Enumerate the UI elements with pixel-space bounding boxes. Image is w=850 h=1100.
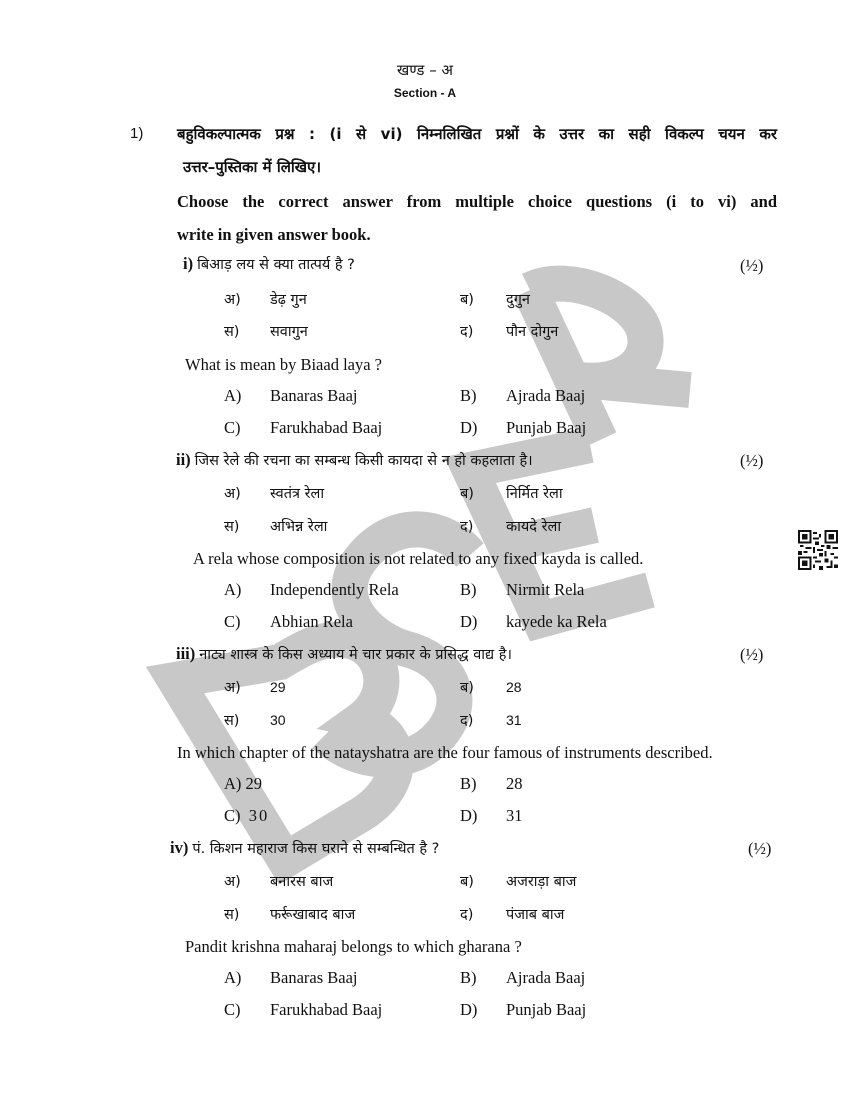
option-text: डेढ़ गुन	[270, 289, 307, 309]
option-text: पंजाब बाज	[506, 904, 564, 924]
option-key: C)	[224, 418, 241, 438]
exam-content: खण्ड – अ Section - A 1) बहुविकल्पात्मक प…	[0, 0, 850, 1100]
option-key: C)	[224, 806, 241, 825]
option-key: C)	[224, 1000, 241, 1020]
instruction-english-line2: write in given answer book.	[177, 225, 371, 245]
option-key: ब)	[460, 289, 474, 309]
option-text: Abhian Rela	[270, 612, 353, 632]
question-text-english: What is mean by Biaad laya ?	[185, 355, 382, 375]
option-key: अ)	[224, 677, 241, 697]
question-label: iv)	[170, 838, 188, 857]
option-text: Banaras Baaj	[270, 386, 358, 406]
question-ii: ii) जिस रेले की रचना का सम्बन्ध किसी काय…	[176, 450, 533, 470]
question-iv: iv) पं. किशन महाराज किस घराने से सम्बन्ध…	[170, 838, 439, 858]
option-key: C)	[224, 612, 241, 632]
option-text: Independently Rela	[270, 580, 399, 600]
option-text: फर्रूखाबाद बाज	[270, 904, 355, 924]
marks: (½)	[740, 451, 763, 471]
option-text: निर्मित रेला	[506, 483, 563, 503]
option-key: B)	[460, 580, 477, 600]
option-text: Banaras Baaj	[270, 968, 358, 988]
option-text: सवागुन	[270, 321, 308, 341]
option-key: B)	[460, 386, 477, 406]
question-text-hindi: पं. किशन महाराज किस घराने से सम्बन्धित ह…	[192, 841, 439, 857]
option-text: Punjab Baaj	[506, 418, 586, 438]
option-key: द)	[460, 710, 473, 730]
qr-code-icon	[798, 530, 838, 570]
marks: (½)	[740, 645, 763, 665]
option-key: स)	[224, 516, 239, 536]
option-text: पौन दोगुन	[506, 321, 558, 341]
question-text-english: A rela whose composition is not related …	[193, 549, 643, 569]
option-key: D)	[460, 1000, 477, 1020]
instruction-hindi-line2: उत्तर–पुस्तिका में लिखिए।	[183, 157, 321, 177]
option-key: स)	[224, 710, 239, 730]
option-text: 28	[506, 774, 523, 794]
question-text-hindi: नाट्य शास्त्र के किस अध्याय मे चार प्रका…	[199, 647, 512, 663]
question-label: iii)	[176, 644, 195, 663]
section-heading-english: Section - A	[0, 86, 850, 100]
option-text: 29	[246, 774, 263, 793]
section-heading-hindi: खण्ड – अ	[0, 60, 850, 80]
option-key: अ)	[224, 289, 241, 309]
option-key: D)	[460, 806, 477, 826]
question-i: i) बिआड़ लय से क्या तात्पर्य है ?	[183, 254, 355, 274]
option-key: A)	[224, 580, 241, 600]
option-key-and-text: A) 29	[224, 774, 262, 794]
option-key: द)	[460, 516, 473, 536]
option-text: kayede ka Rela	[506, 612, 607, 632]
instruction-hindi-line1: बहुविकल्पात्मक प्रश्न : (i से vi) निम्नल…	[177, 124, 777, 144]
option-key: A)	[224, 774, 241, 793]
option-text: बनारस बाज	[270, 871, 333, 891]
option-text: स्वतंत्र रेला	[270, 483, 324, 503]
option-key: D)	[460, 418, 477, 438]
option-key: द)	[460, 904, 473, 924]
option-key: B)	[460, 774, 477, 794]
option-text: Punjab Baaj	[506, 1000, 586, 1020]
option-text: Ajrada Baaj	[506, 386, 585, 406]
question-number: 1)	[130, 125, 143, 142]
option-key: अ)	[224, 483, 241, 503]
option-key: A)	[224, 968, 241, 988]
option-text: 31	[506, 712, 522, 728]
question-label: i)	[183, 254, 193, 273]
option-text: Ajrada Baaj	[506, 968, 585, 988]
marks: (½)	[748, 839, 771, 859]
question-text-english: In which chapter of the natayshatra are …	[177, 743, 713, 763]
option-key: स)	[224, 321, 239, 341]
option-text: अभिन्न रेला	[270, 516, 327, 536]
option-key: द)	[460, 321, 473, 341]
option-key: ब)	[460, 483, 474, 503]
question-label: ii)	[176, 450, 191, 469]
option-text: Farukhabad Baaj	[270, 1000, 382, 1020]
option-key: स)	[224, 904, 239, 924]
question-text-english: Pandit krishna maharaj belongs to which …	[185, 937, 522, 957]
option-text: अजराड़ा बाज	[506, 871, 576, 891]
option-text: 30	[270, 712, 286, 728]
option-key-and-text: C) 30	[224, 806, 269, 826]
instruction-english-line1: Choose the correct answer from multiple …	[177, 192, 777, 212]
option-key: ब)	[460, 677, 474, 697]
option-text: Farukhabad Baaj	[270, 418, 382, 438]
marks: (½)	[740, 256, 763, 276]
option-key: B)	[460, 968, 477, 988]
option-text: 28	[506, 679, 522, 695]
option-text: कायदे रेला	[506, 516, 561, 536]
option-key: A)	[224, 386, 241, 406]
question-text-hindi: जिस रेले की रचना का सम्बन्ध किसी कायदा स…	[195, 453, 533, 469]
option-key: D)	[460, 612, 477, 632]
exam-page: खण्ड – अ Section - A 1) बहुविकल्पात्मक प…	[0, 0, 850, 1100]
option-text: 31	[506, 806, 523, 826]
option-key: अ)	[224, 871, 241, 891]
option-text: 30	[249, 806, 270, 825]
option-text: 29	[270, 679, 286, 695]
option-text: Nirmit Rela	[506, 580, 584, 600]
option-key: ब)	[460, 871, 474, 891]
question-iii: iii) नाट्य शास्त्र के किस अध्याय मे चार …	[176, 644, 512, 664]
option-text: दुगुन	[506, 289, 530, 309]
question-text-english-inner: A rela whose composition is not related …	[193, 549, 643, 568]
question-text-hindi: बिआड़ लय से क्या तात्पर्य है ?	[197, 257, 355, 273]
